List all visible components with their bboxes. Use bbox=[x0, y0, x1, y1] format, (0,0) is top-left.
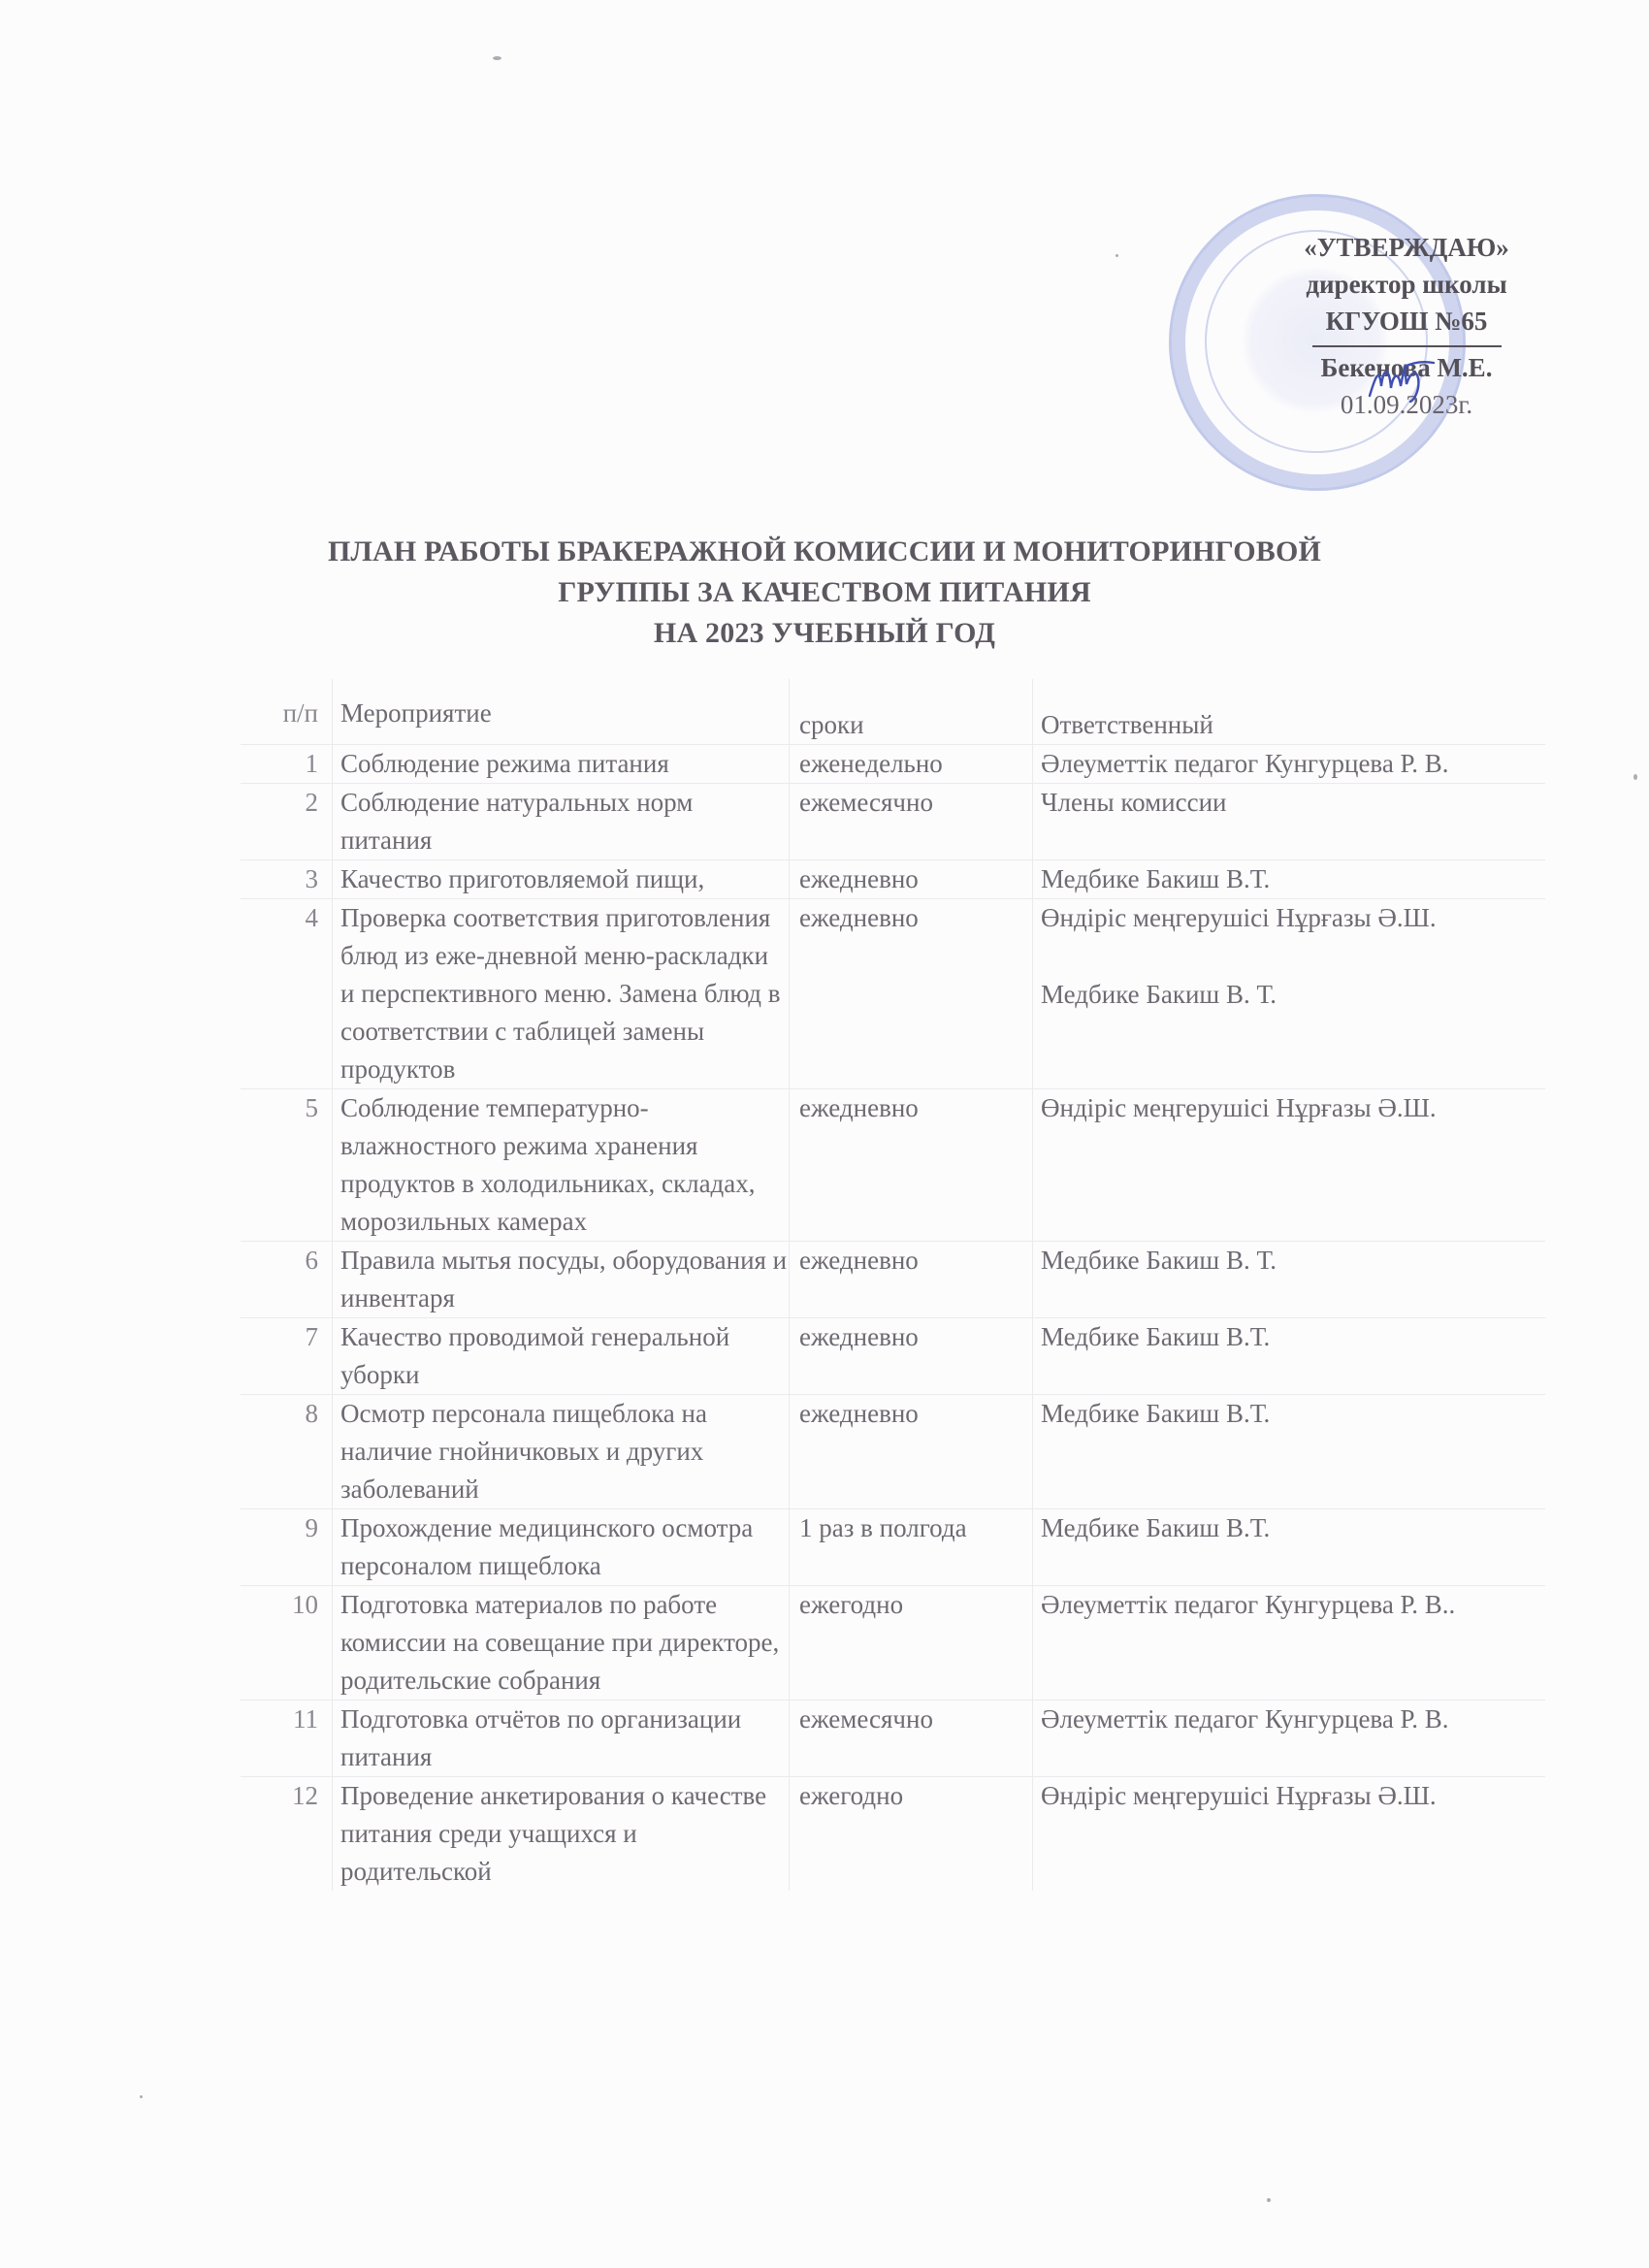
scan-speck bbox=[493, 56, 501, 60]
row-term: ежедневно bbox=[790, 899, 1033, 1089]
row-number: 11 bbox=[241, 1701, 333, 1777]
responsible-person: Медбике Бакиш В. Т. bbox=[1041, 976, 1545, 1014]
table-row: 11Подготовка отчётов по организации пита… bbox=[241, 1701, 1545, 1777]
row-term: ежедневно bbox=[790, 1395, 1033, 1509]
row-term: еженедельно bbox=[790, 745, 1033, 784]
row-activity: Подготовка материалов по работе комиссии… bbox=[333, 1586, 790, 1701]
row-responsible: Өндіріс меңгерушісі Нұрғазы Ә.Ш. bbox=[1033, 1089, 1546, 1242]
row-number: 4 bbox=[241, 899, 333, 1089]
row-activity: Качество проводимой генеральной уборки bbox=[333, 1318, 790, 1395]
title-line-1: ПЛАН РАБОТЫ БРАКЕРАЖНОЙ КОМИССИИ И МОНИТ… bbox=[242, 532, 1406, 572]
scan-speck bbox=[1115, 254, 1118, 257]
responsible-person: Медбике Бакиш В. Т. bbox=[1041, 1242, 1545, 1280]
table-row: 3Качество приготовляемой пищи,ежедневноМ… bbox=[241, 860, 1545, 899]
responsible-person: Өндіріс меңгерушісі Нұрғазы Ә.Ш. bbox=[1041, 899, 1545, 937]
row-activity: Соблюдение температурно-влажностного реж… bbox=[333, 1089, 790, 1242]
table-row: 6Правила мытья посуды, оборудования и ин… bbox=[241, 1242, 1545, 1318]
row-responsible: Медбике Бакиш В.Т. bbox=[1033, 1395, 1546, 1509]
title-line-3: НА 2023 УЧЕБНЫЙ ГОД bbox=[242, 613, 1406, 654]
table-header-row: п/п Мероприятие сроки Ответственный bbox=[241, 679, 1545, 745]
header-activity: Мероприятие bbox=[333, 679, 790, 745]
row-term: ежегодно bbox=[790, 1586, 1033, 1701]
row-responsible: Члены комиссии bbox=[1033, 784, 1546, 860]
table-row: 9Прохождение медицинского осмотра персон… bbox=[241, 1509, 1545, 1586]
row-responsible: Өндіріс меңгерушісі Нұрғазы Ә.Ш.Медбике … bbox=[1033, 899, 1546, 1089]
plan-table: п/п Мероприятие сроки Ответственный 1Соб… bbox=[241, 679, 1545, 1891]
row-term: ежемесячно bbox=[790, 784, 1033, 860]
approval-heading: «УТВЕРЖДАЮ» bbox=[1261, 229, 1552, 266]
row-number: 12 bbox=[241, 1777, 333, 1892]
row-activity: Прохождение медицинского осмотра персона… bbox=[333, 1509, 790, 1586]
table-row: 1Соблюдение режима питанияеженедельноӘле… bbox=[241, 745, 1545, 784]
responsible-person: Өндіріс меңгерушісі Нұрғазы Ә.Ш. bbox=[1041, 1777, 1545, 1815]
row-activity: Соблюдение режима питания bbox=[333, 745, 790, 784]
responsible-person: Медбике Бакиш В.Т. bbox=[1041, 1318, 1545, 1356]
row-activity: Проведение анкетирования о качестве пита… bbox=[333, 1777, 790, 1892]
row-activity: Качество приготовляемой пищи, bbox=[333, 860, 790, 899]
responsible-person: Медбике Бакиш В.Т. bbox=[1041, 860, 1545, 898]
title-line-2: ГРУППЫ ЗА КАЧЕСТВОМ ПИТАНИЯ bbox=[242, 572, 1406, 613]
header-responsible: Ответственный bbox=[1033, 679, 1546, 745]
row-activity: Осмотр персонала пищеблока на наличие гн… bbox=[333, 1395, 790, 1509]
row-number: 5 bbox=[241, 1089, 333, 1242]
table-row: 2Соблюдение натуральных норм питанияежем… bbox=[241, 784, 1545, 860]
row-term: ежедневно bbox=[790, 1089, 1033, 1242]
row-number: 3 bbox=[241, 860, 333, 899]
signature-line bbox=[1312, 345, 1502, 347]
approval-organization: КГУОШ №65 bbox=[1261, 303, 1552, 340]
row-number: 1 bbox=[241, 745, 333, 784]
row-activity: Правила мытья посуды, оборудования и инв… bbox=[333, 1242, 790, 1318]
row-number: 6 bbox=[241, 1242, 333, 1318]
document-title: ПЛАН РАБОТЫ БРАКЕРАЖНОЙ КОМИССИИ И МОНИТ… bbox=[242, 532, 1406, 654]
signature-icon bbox=[1366, 357, 1443, 404]
row-activity: Проверка соответствия приготовления блюд… bbox=[333, 899, 790, 1089]
row-term: ежемесячно bbox=[790, 1701, 1033, 1777]
responsible-person: Өндіріс меңгерушісі Нұрғазы Ә.Ш. bbox=[1041, 1089, 1545, 1127]
responsible-person: Әлеуметтік педагог Кунгурцева Р. В.. bbox=[1041, 1586, 1545, 1624]
table-row: 5Соблюдение температурно-влажностного ре… bbox=[241, 1089, 1545, 1242]
table-row: 10Подготовка материалов по работе комисс… bbox=[241, 1586, 1545, 1701]
row-number: 10 bbox=[241, 1586, 333, 1701]
table-row: 4Проверка соответствия приготовления блю… bbox=[241, 899, 1545, 1089]
responsible-person: Әлеуметтік педагог Кунгурцева Р. В. bbox=[1041, 745, 1545, 783]
row-term: ежегодно bbox=[790, 1777, 1033, 1892]
row-responsible: Медбике Бакиш В.Т. bbox=[1033, 860, 1546, 899]
responsible-person: Члены комиссии bbox=[1041, 784, 1545, 822]
row-term: ежедневно bbox=[790, 860, 1033, 899]
scan-speck bbox=[1267, 2198, 1271, 2202]
table-row: 7Качество проводимой генеральной уборкие… bbox=[241, 1318, 1545, 1395]
row-term: ежедневно bbox=[790, 1242, 1033, 1318]
row-responsible: Медбике Бакиш В.Т. bbox=[1033, 1318, 1546, 1395]
table-row: 12Проведение анкетирования о качестве пи… bbox=[241, 1777, 1545, 1892]
header-num: п/п bbox=[241, 679, 333, 745]
row-number: 7 bbox=[241, 1318, 333, 1395]
responsible-person: Әлеуметтік педагог Кунгурцева Р. В. bbox=[1041, 1701, 1545, 1738]
row-responsible: Медбике Бакиш В. Т. bbox=[1033, 1242, 1546, 1318]
scan-speck bbox=[140, 2095, 143, 2098]
row-number: 8 bbox=[241, 1395, 333, 1509]
row-term: ежедневно bbox=[790, 1318, 1033, 1395]
row-number: 2 bbox=[241, 784, 333, 860]
row-term: 1 раз в полгода bbox=[790, 1509, 1033, 1586]
scan-speck bbox=[1633, 774, 1637, 780]
row-responsible: Әлеуметтік педагог Кунгурцева Р. В. bbox=[1033, 1701, 1546, 1777]
responsible-person: Медбике Бакиш В.Т. bbox=[1041, 1395, 1545, 1433]
row-activity: Соблюдение натуральных норм питания bbox=[333, 784, 790, 860]
header-term: сроки bbox=[790, 679, 1033, 745]
approval-position: директор школы bbox=[1261, 266, 1552, 303]
table-row: 8Осмотр персонала пищеблока на наличие г… bbox=[241, 1395, 1545, 1509]
row-responsible: Өндіріс меңгерушісі Нұрғазы Ә.Ш. bbox=[1033, 1777, 1546, 1892]
row-activity: Подготовка отчётов по организации питани… bbox=[333, 1701, 790, 1777]
row-number: 9 bbox=[241, 1509, 333, 1586]
row-responsible: Әлеуметтік педагог Кунгурцева Р. В. bbox=[1033, 745, 1546, 784]
row-responsible: Медбике Бакиш В.Т. bbox=[1033, 1509, 1546, 1586]
responsible-person: Медбике Бакиш В.Т. bbox=[1041, 1509, 1545, 1547]
row-responsible: Әлеуметтік педагог Кунгурцева Р. В.. bbox=[1033, 1586, 1546, 1701]
